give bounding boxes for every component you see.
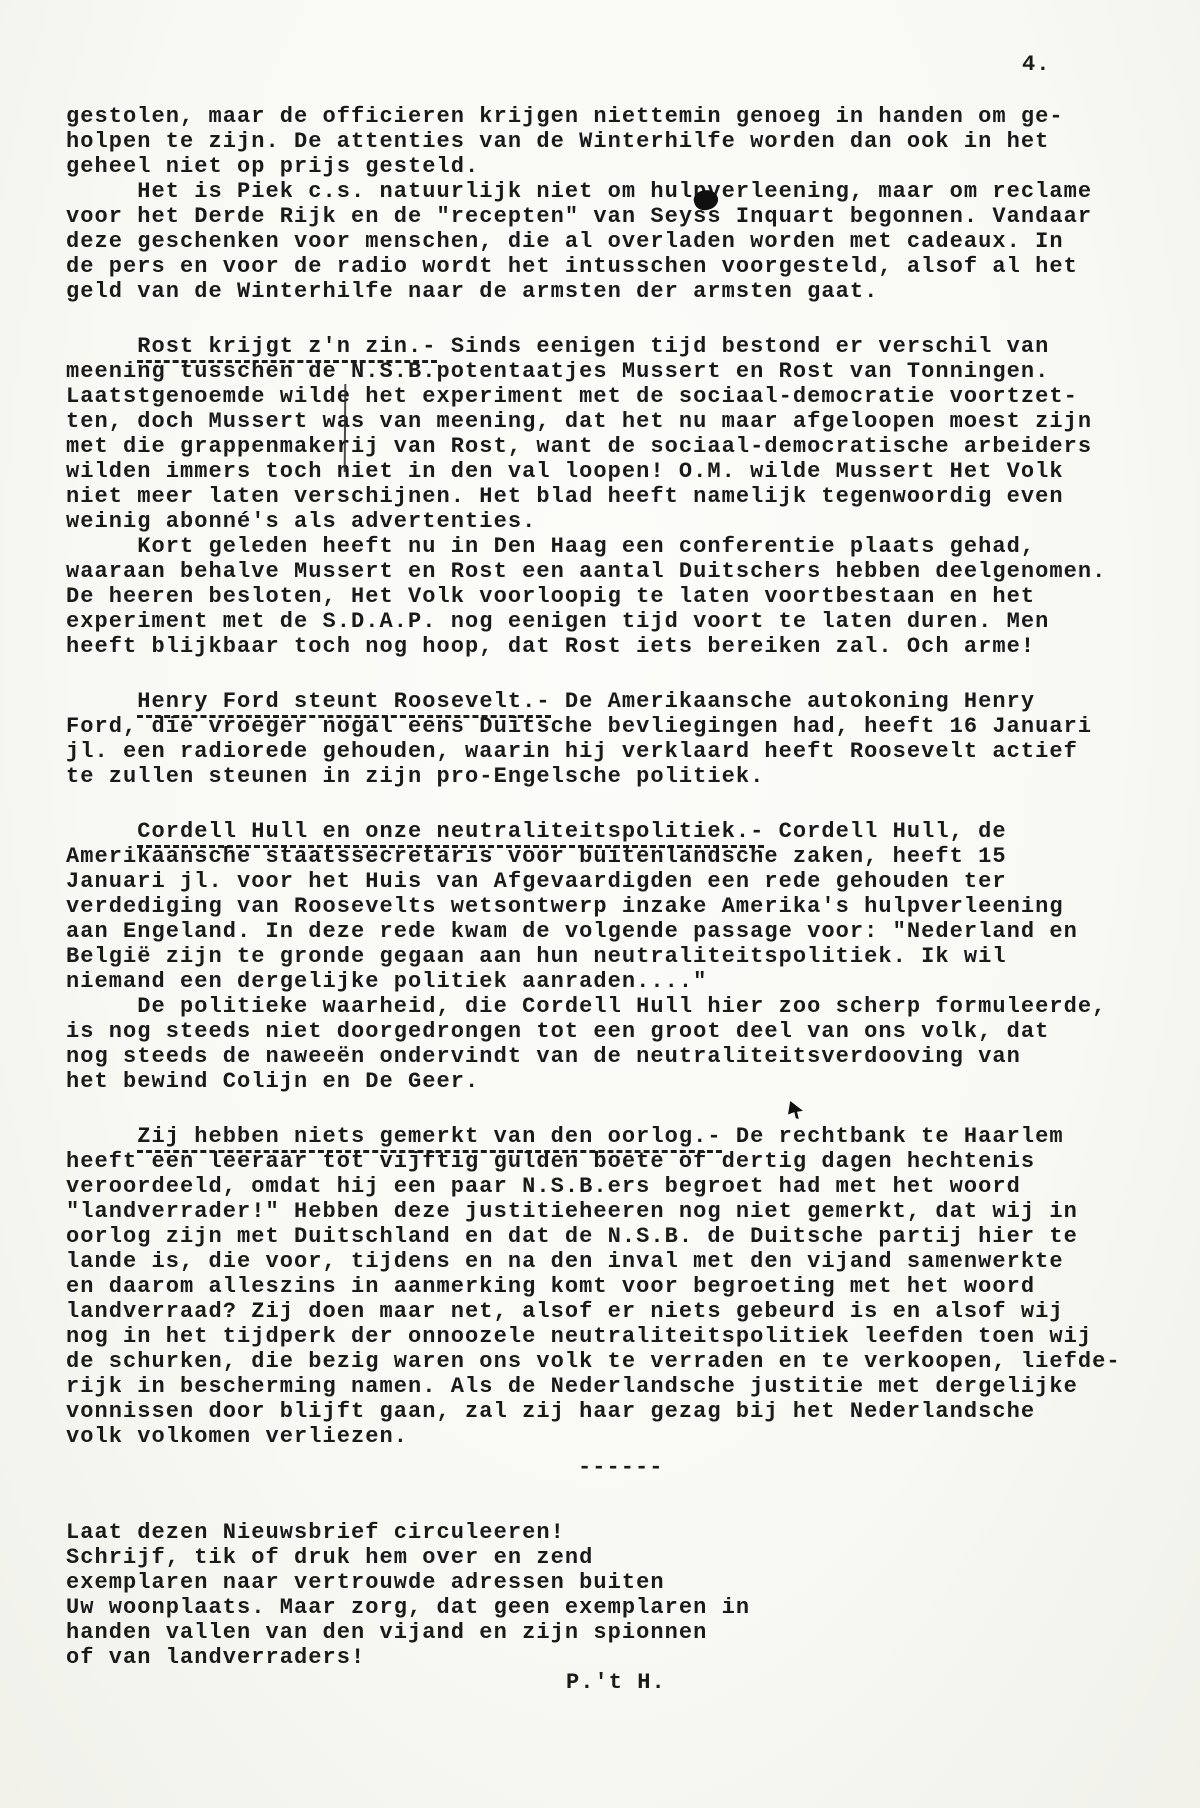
text-line: handen vallen van den vijand en zijn spi… [66, 1620, 1181, 1645]
text-line: vonnissen door blijft gaan, zal zij haar… [66, 1399, 1181, 1424]
document-body: gestolen, maar de officieren krijgen nie… [66, 104, 1181, 1695]
text-line: heeft een leeraar tot vijftig gulden boe… [66, 1149, 1181, 1174]
text-line: ------ [578, 1455, 1181, 1480]
text-line: voor het Derde Rijk en de "recepten" van… [66, 204, 1181, 229]
text-line: meening tusschen de N.S.B.potentaatjes M… [66, 359, 1181, 384]
indent [66, 819, 137, 844]
text-line: Laatstgenoemde wilde het experiment met … [66, 384, 1181, 409]
section-henry-ford-steunt-roosevelt: Henry Ford steunt Roosevelt.- De Amerika… [66, 689, 1181, 789]
text-line: Cordell Hull en onze neutraliteitspoliti… [66, 819, 1181, 844]
text-line: veroordeeld, omdat hij een paar N.S.B.er… [66, 1174, 1181, 1199]
typewritten-newsletter-page: 4. gestolen, maar de officieren krijgen … [0, 0, 1200, 1808]
text-line: waaraan behalve Mussert en Rost een aant… [66, 559, 1181, 584]
indent [66, 1124, 137, 1149]
text-line: niemand een dergelijke politiek aanraden… [66, 969, 1181, 994]
text-line: of van landverraders! [66, 1645, 1181, 1670]
text-line: volk volkomen verliezen. [66, 1424, 1181, 1449]
text-line: niet meer laten verschijnen. Het blad he… [66, 484, 1181, 509]
heading-rest-text: De rechtbank te Haarlem [722, 1124, 1064, 1149]
text-line: nog in het tijdperk der onnoozele neutra… [66, 1324, 1181, 1349]
circulation-appeal: Laat dezen Nieuwsbrief circuleeren!Schri… [66, 1520, 1181, 1670]
text-line: Henry Ford steunt Roosevelt.- De Amerika… [66, 689, 1181, 714]
text-line: Januari jl. voor het Huis van Afgevaardi… [66, 869, 1181, 894]
text-line: geheel niet op prijs gesteld. [66, 154, 1181, 179]
text-line: "landverrader!" Hebben deze justitieheer… [66, 1199, 1181, 1224]
text-line: weinig abonné's als advertenties. [66, 509, 1181, 534]
text-line: Het is Piek c.s. natuurlijk niet om hulp… [66, 179, 1181, 204]
heading-rest-text: Sinds eenigen tijd bestond er verschil v… [437, 334, 1050, 359]
text-line: Kort geleden heeft nu in Den Haag een co… [66, 534, 1181, 559]
text-line: De politieke waarheid, die Cordell Hull … [66, 994, 1181, 1019]
indent [66, 334, 137, 359]
signature: P.'t H. [66, 1670, 1181, 1695]
page-number: 4. [1022, 52, 1051, 77]
section-niets-gemerkt-van-den-oorlog: Zij hebben niets gemerkt van den oorlog.… [66, 1124, 1181, 1449]
text-line: Zij hebben niets gemerkt van den oorlog.… [66, 1124, 1181, 1149]
text-line: met die grappenmakerij van Rost, want de… [66, 434, 1181, 459]
text-line: Laat dezen Nieuwsbrief circuleeren! [66, 1520, 1181, 1545]
text-line: is nog steeds niet doorgedrongen tot een… [66, 1019, 1181, 1044]
text-line: het bewind Colijn en De Geer. [66, 1069, 1181, 1094]
text-line: gestolen, maar de officieren krijgen nie… [66, 104, 1181, 129]
text-line: de schurken, die bezig waren ons volk te… [66, 1349, 1181, 1374]
text-line: en daarom alleszins in aanmerking komt v… [66, 1274, 1181, 1299]
heading-rest-text: Cordell Hull, de [764, 819, 1006, 844]
text-line: P.'t H. [566, 1670, 1181, 1695]
text-line: heeft blijkbaar toch nog hoop, dat Rost … [66, 634, 1181, 659]
text-line: ten, doch Mussert was van meening, dat h… [66, 409, 1181, 434]
text-line: Schrijf, tik of druk hem over en zend [66, 1545, 1181, 1570]
text-line: nog steeds de naweeën ondervindt van de … [66, 1044, 1181, 1069]
text-line: Ford, die vroeger nogal eens Duitsche be… [66, 714, 1181, 739]
text-line: lande is, die voor, tijdens en na den in… [66, 1249, 1181, 1274]
text-line: holpen te zijn. De attenties van de Wint… [66, 129, 1181, 154]
heading-rest-text: De Amerikaansche autokoning Henry [551, 689, 1036, 714]
text-line: wilden immers toch niet in den val loope… [66, 459, 1181, 484]
text-line: rijk in bescherming namen. Als de Nederl… [66, 1374, 1181, 1399]
section-rost-krijgt-zn-zin: Rost krijgt z'n zin.- Sinds eenigen tijd… [66, 334, 1181, 659]
section-cordell-hull-neutraliteitspolitiek: Cordell Hull en onze neutraliteitspoliti… [66, 819, 1181, 1094]
text-line: experiment met de S.D.A.P. nog eenigen t… [66, 609, 1181, 634]
opening-paragraphs: gestolen, maar de officieren krijgen nie… [66, 104, 1181, 304]
text-line: verdediging van Roosevelts wetsontwerp i… [66, 894, 1181, 919]
text-line: deze geschenken voor menschen, die al ov… [66, 229, 1181, 254]
text-line: België zijn te gronde gegaan aan hun neu… [66, 944, 1181, 969]
text-line: Uw woonplaats. Maar zorg, dat geen exemp… [66, 1595, 1181, 1620]
text-line: De heeren besloten, Het Volk voorloopig … [66, 584, 1181, 609]
indent [66, 689, 137, 714]
text-line: de pers en voor de radio wordt het intus… [66, 254, 1181, 279]
text-line: Amerikaansche staatssecretaris voor buit… [66, 844, 1181, 869]
text-line: geld van de Winterhilfe naar de armsten … [66, 279, 1181, 304]
text-line: oorlog zijn met Duitschland en dat de N.… [66, 1224, 1181, 1249]
text-line: landverraad? Zij doen maar net, alsof er… [66, 1299, 1181, 1324]
text-line: aan Engeland. In deze rede kwam de volge… [66, 919, 1181, 944]
text-line: jl. een radiorede gehouden, waarin hij v… [66, 739, 1181, 764]
text-line: te zullen steunen in zijn pro-Engelsche … [66, 764, 1181, 789]
separator-dashes: ------ [66, 1455, 1181, 1480]
text-line: exemplaren naar vertrouwde adressen buit… [66, 1570, 1181, 1595]
text-line: Rost krijgt z'n zin.- Sinds eenigen tijd… [66, 334, 1181, 359]
